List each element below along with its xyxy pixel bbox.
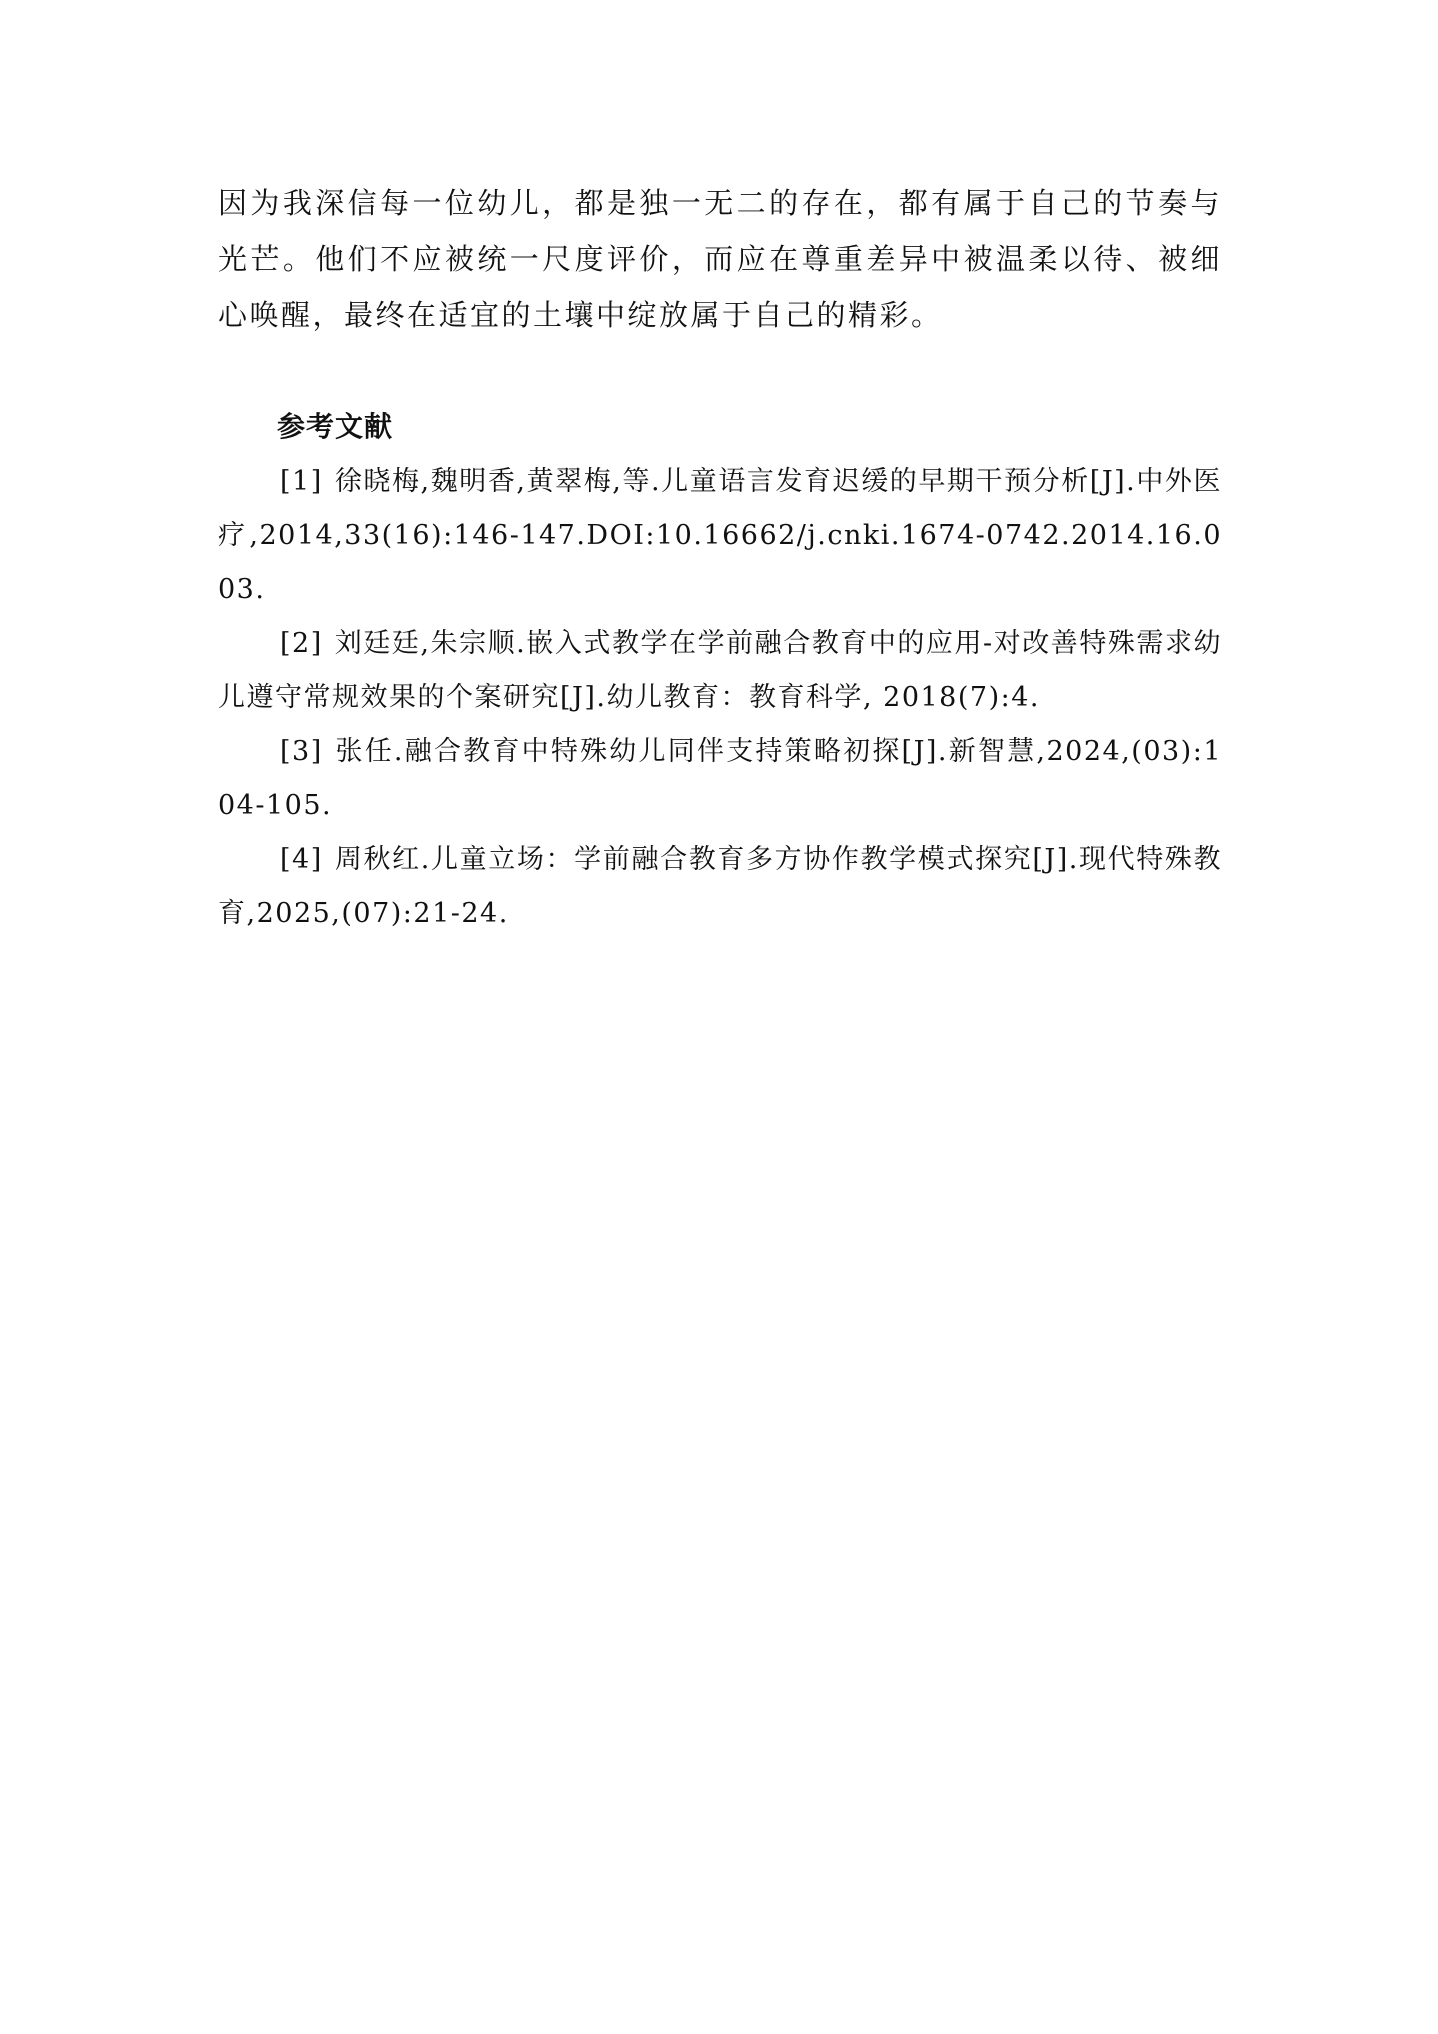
references-heading: 参考文献 xyxy=(218,399,1222,455)
reference-item: [3]张任.融合教育中特殊幼儿同伴支持策略初探[J].新智慧,2024,(03)… xyxy=(218,725,1222,833)
reference-number: [2] xyxy=(280,628,323,659)
reference-number: [4] xyxy=(280,844,323,875)
references-list: [1]徐晓梅,魏明香,黄翠梅,等.儿童语言发育迟缓的早期干预分析[J].中外医疗… xyxy=(218,455,1222,941)
reference-item: [1]徐晓梅,魏明香,黄翠梅,等.儿童语言发育迟缓的早期干预分析[J].中外医疗… xyxy=(218,455,1222,617)
reference-item: [2]刘廷廷,朱宗顺.嵌入式教学在学前融合教育中的应用-对改善特殊需求幼儿遵守常… xyxy=(218,617,1222,725)
reference-number: [3] xyxy=(280,736,323,767)
reference-text: 张任.融合教育中特殊幼儿同伴支持策略初探[J].新智慧,2024,(03):10… xyxy=(218,736,1222,821)
reference-text: 周秋红.儿童立场：学前融合教育多方协作教学模式探究[J].现代特殊教育,2025… xyxy=(218,844,1222,929)
document-page: 因为我深信每一位幼儿，都是独一无二的存在，都有属于自己的节奏与光芒。他们不应被统… xyxy=(218,175,1222,941)
reference-text: 刘廷廷,朱宗顺.嵌入式教学在学前融合教育中的应用-对改善特殊需求幼儿遵守常规效果… xyxy=(218,628,1222,713)
reference-number: [1] xyxy=(280,466,323,497)
reference-item: [4]周秋红.儿童立场：学前融合教育多方协作教学模式探究[J].现代特殊教育,2… xyxy=(218,833,1222,941)
reference-text: 徐晓梅,魏明香,黄翠梅,等.儿童语言发育迟缓的早期干预分析[J].中外医疗,20… xyxy=(218,466,1222,605)
body-paragraph: 因为我深信每一位幼儿，都是独一无二的存在，都有属于自己的节奏与光芒。他们不应被统… xyxy=(218,175,1222,343)
